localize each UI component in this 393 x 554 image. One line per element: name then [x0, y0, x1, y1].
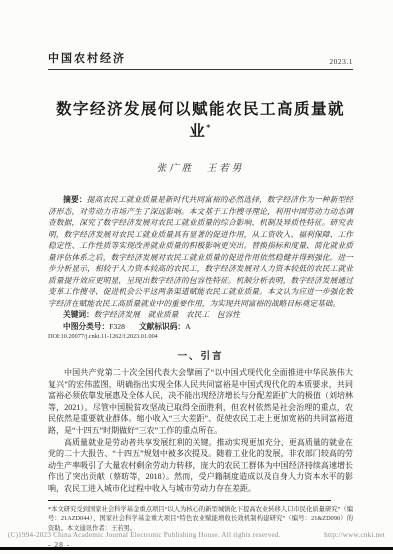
journal-masthead: 中国农村经济: [48, 50, 126, 67]
clc-label: 中图分类号：: [63, 322, 109, 331]
abstract-label: 摘要：: [63, 195, 87, 204]
article-title-text: 数字经济发展何以赋能农民工高质量就业: [56, 101, 345, 140]
page-header: 中国农村经济 2023.1: [48, 50, 353, 70]
keywords-text: 数字经济发展 就业质量 农民工 包容性: [94, 310, 240, 319]
doc-code-label: 文献标识码：: [139, 322, 185, 331]
article-title: 数字经济发展何以赋能农民工高质量就业*: [48, 97, 353, 141]
copyright-text: (C)1994-2023 China Academic Journal Elec…: [8, 531, 281, 539]
abstract-block: 摘要：提高农民工就业质量是新时代共同富裕的必然选择，数字经济作为一种新型经济形态…: [48, 194, 353, 309]
clc-line: 中图分类号：F328文献标识码：A: [48, 321, 353, 333]
cnki-url: http://www.cnki.net: [324, 531, 385, 539]
article-authors: 张广胜 王若男: [48, 160, 353, 174]
page-content: 中国农村经济 2023.1 数字经济发展何以赋能农民工高质量就业* 张广胜 王若…: [0, 0, 393, 549]
journal-page-scan: 中国农村经济 2023.1 数字经济发展何以赋能农民工高质量就业* 张广胜 王若…: [0, 0, 393, 554]
footnote-separator: [48, 500, 331, 501]
title-footnote-mark: *: [206, 123, 212, 132]
doi-line: DOI:10.20077/j.cnki.11-1262/f.2023.01.00…: [48, 332, 353, 341]
body-paragraph-2: 高质量就业是劳动者共享发展红利的关键。推动实现更加充分、更高质量的就业在党的二十…: [48, 437, 353, 495]
issue-number: 2023.1: [329, 57, 353, 66]
funding-footnote: *本文研究受到国家社会科学基金重点项目“以人为核心的新型城镇化下提高农业转移人口…: [48, 505, 353, 534]
cnki-copyright-footer: (C)1994-2023 China Academic Journal Elec…: [8, 531, 385, 539]
page-bottom-rule: [0, 547, 393, 550]
body-paragraph-1: 中国共产党第二十次全国代表大会擘画了“以中国式现代化全面推进中华民族伟大复兴”的…: [48, 367, 353, 437]
section-heading-introduction: 一、引言: [48, 348, 353, 362]
clc-value: F328: [109, 322, 125, 331]
doc-code-value: A: [185, 322, 191, 331]
keywords-line: 关键词：数字经济发展 就业质量 农民工 包容性: [48, 309, 353, 321]
keywords-label: 关键词：: [63, 310, 94, 319]
abstract-text: 提高农民工就业质量是新时代共同富裕的必然选择，数字经济作为一种新型经济形态，对劳…: [48, 195, 353, 308]
